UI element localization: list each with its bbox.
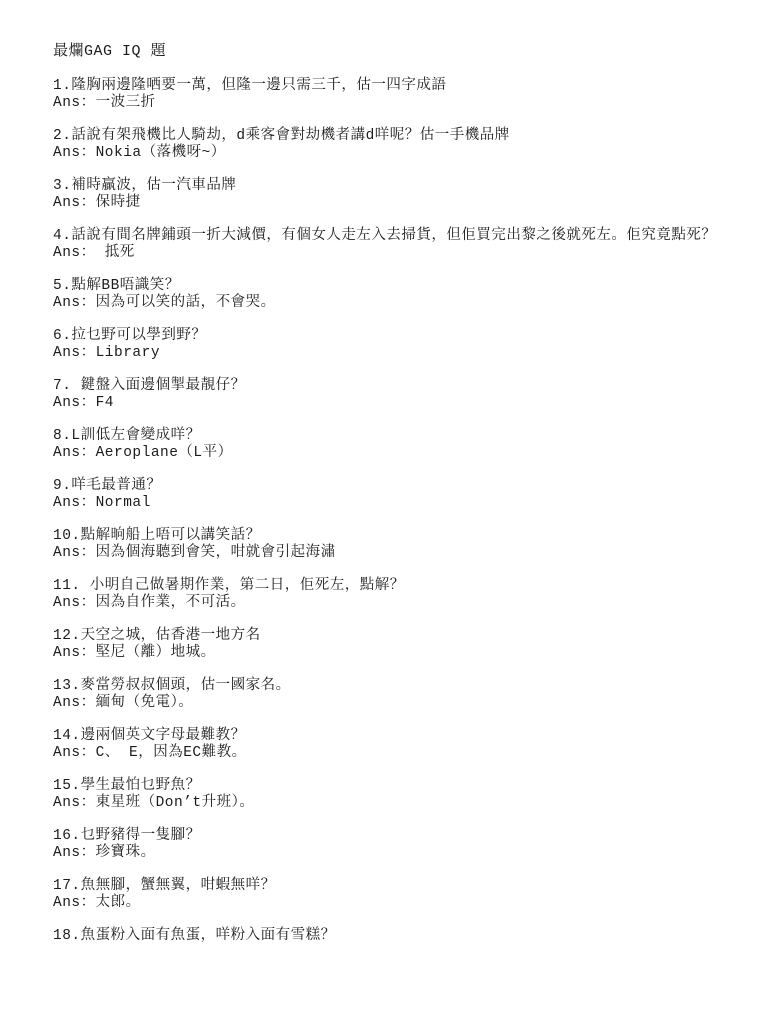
answer-line: Ans：F4 [53, 395, 718, 412]
question-line: 12.天空之城，估香港一地方名 [53, 628, 718, 645]
qa-item-14: 14.邊兩個英文字母最難教？ Ans：C、 E，因為EC難教。 [53, 728, 718, 762]
answer-line: Ans：緬甸（免電）。 [53, 695, 718, 712]
question-line: 10.點解晌船上唔可以講笑話？ [53, 528, 718, 545]
answer-line: Ans：堅尼（離）地城。 [53, 645, 718, 662]
document-title: 最爛GAG IQ 題 [53, 43, 718, 60]
answer-line: Ans：保時捷 [53, 195, 718, 212]
question-line: 17.魚無腳，蟹無翼，咁蝦無咩？ [53, 878, 718, 895]
qa-item-2: 2.話說有架飛機比人騎劫，d乘客會對劫機者講d咩呢？估一手機品牌 Ans：Nok… [53, 128, 718, 162]
qa-item-5: 5.點解BB唔識笑？ Ans：因為可以笑的話，不會哭。 [53, 278, 718, 312]
question-line: 7. 鍵盤入面邊個掣最靚仔？ [53, 378, 718, 395]
qa-item-4: 4.話說有間名牌鋪頭一折大減價，有個女人走左入去掃貨，但佢買完出黎之後就死左。佢… [53, 228, 718, 262]
answer-line: Ans：C、 E，因為EC難教。 [53, 745, 718, 762]
document-page: 最爛GAG IQ 題 1.隆胸兩邊隆哂要一萬，但隆一邊只需三千，估一四字成語 A… [0, 0, 768, 1024]
question-line: 1.隆胸兩邊隆哂要一萬，但隆一邊只需三千，估一四字成語 [53, 78, 718, 95]
question-line: 2.話說有架飛機比人騎劫，d乘客會對劫機者講d咩呢？估一手機品牌 [53, 128, 718, 145]
qa-item-7: 7. 鍵盤入面邊個掣最靚仔？ Ans：F4 [53, 378, 718, 412]
answer-line: Ans：太郎。 [53, 895, 718, 912]
question-line: 9.咩毛最普通？ [53, 478, 718, 495]
qa-item-16: 16.乜野豬得一隻腳？ Ans：珍寶珠。 [53, 828, 718, 862]
qa-item-8: 8.L訓低左會變成咩？ Ans：Aeroplane（L平） [53, 428, 718, 462]
answer-line: Ans：東星班（Don’t升班）。 [53, 795, 718, 812]
answer-line: Ans： 抵死 [53, 245, 718, 262]
answer-line: Ans：Aeroplane（L平） [53, 445, 718, 462]
qa-item-3: 3.補時贏波，估一汽車品牌 Ans：保時捷 [53, 178, 718, 212]
qa-item-15: 15.學生最怕乜野魚？ Ans：東星班（Don’t升班）。 [53, 778, 718, 812]
qa-item-18: 18.魚蛋粉入面有魚蛋，咩粉入面有雪糕？ [53, 928, 718, 945]
question-line: 8.L訓低左會變成咩？ [53, 428, 718, 445]
question-line: 14.邊兩個英文字母最難教？ [53, 728, 718, 745]
answer-line: Ans：珍寶珠。 [53, 845, 718, 862]
qa-item-10: 10.點解晌船上唔可以講笑話？ Ans：因為個海聽到會笑，咁就會引起海潚 [53, 528, 718, 562]
answer-line: Ans：因為可以笑的話，不會哭。 [53, 295, 718, 312]
question-line: 6.拉乜野可以學到野？ [53, 328, 718, 345]
answer-line: Ans：Nokia（落機呀~） [53, 145, 718, 162]
answer-line: Ans：Normal [53, 495, 718, 512]
question-line: 3.補時贏波，估一汽車品牌 [53, 178, 718, 195]
qa-item-11: 11. 小明自己做暑期作業，第二日，佢死左，點解？ Ans：因為自作業，不可活。 [53, 578, 718, 612]
answer-line: Ans：因為自作業，不可活。 [53, 595, 718, 612]
answer-line: Ans：Library [53, 345, 718, 362]
question-line: 4.話說有間名牌鋪頭一折大減價，有個女人走左入去掃貨，但佢買完出黎之後就死左。佢… [53, 228, 718, 245]
question-line: 15.學生最怕乜野魚？ [53, 778, 718, 795]
question-line: 13.麥當勞叔叔個頭，估一國家名。 [53, 678, 718, 695]
question-line: 11. 小明自己做暑期作業，第二日，佢死左，點解？ [53, 578, 718, 595]
question-line: 18.魚蛋粉入面有魚蛋，咩粉入面有雪糕？ [53, 928, 718, 945]
qa-item-9: 9.咩毛最普通？ Ans：Normal [53, 478, 718, 512]
answer-line: Ans：因為個海聽到會笑，咁就會引起海潚 [53, 545, 718, 562]
question-line: 16.乜野豬得一隻腳？ [53, 828, 718, 845]
qa-item-6: 6.拉乜野可以學到野？ Ans：Library [53, 328, 718, 362]
qa-item-13: 13.麥當勞叔叔個頭，估一國家名。 Ans：緬甸（免電）。 [53, 678, 718, 712]
question-line: 5.點解BB唔識笑？ [53, 278, 718, 295]
qa-item-17: 17.魚無腳，蟹無翼，咁蝦無咩？ Ans：太郎。 [53, 878, 718, 912]
qa-item-12: 12.天空之城，估香港一地方名 Ans：堅尼（離）地城。 [53, 628, 718, 662]
answer-line: Ans：一波三折 [53, 95, 718, 112]
qa-item-1: 1.隆胸兩邊隆哂要一萬，但隆一邊只需三千，估一四字成語 Ans：一波三折 [53, 78, 718, 112]
